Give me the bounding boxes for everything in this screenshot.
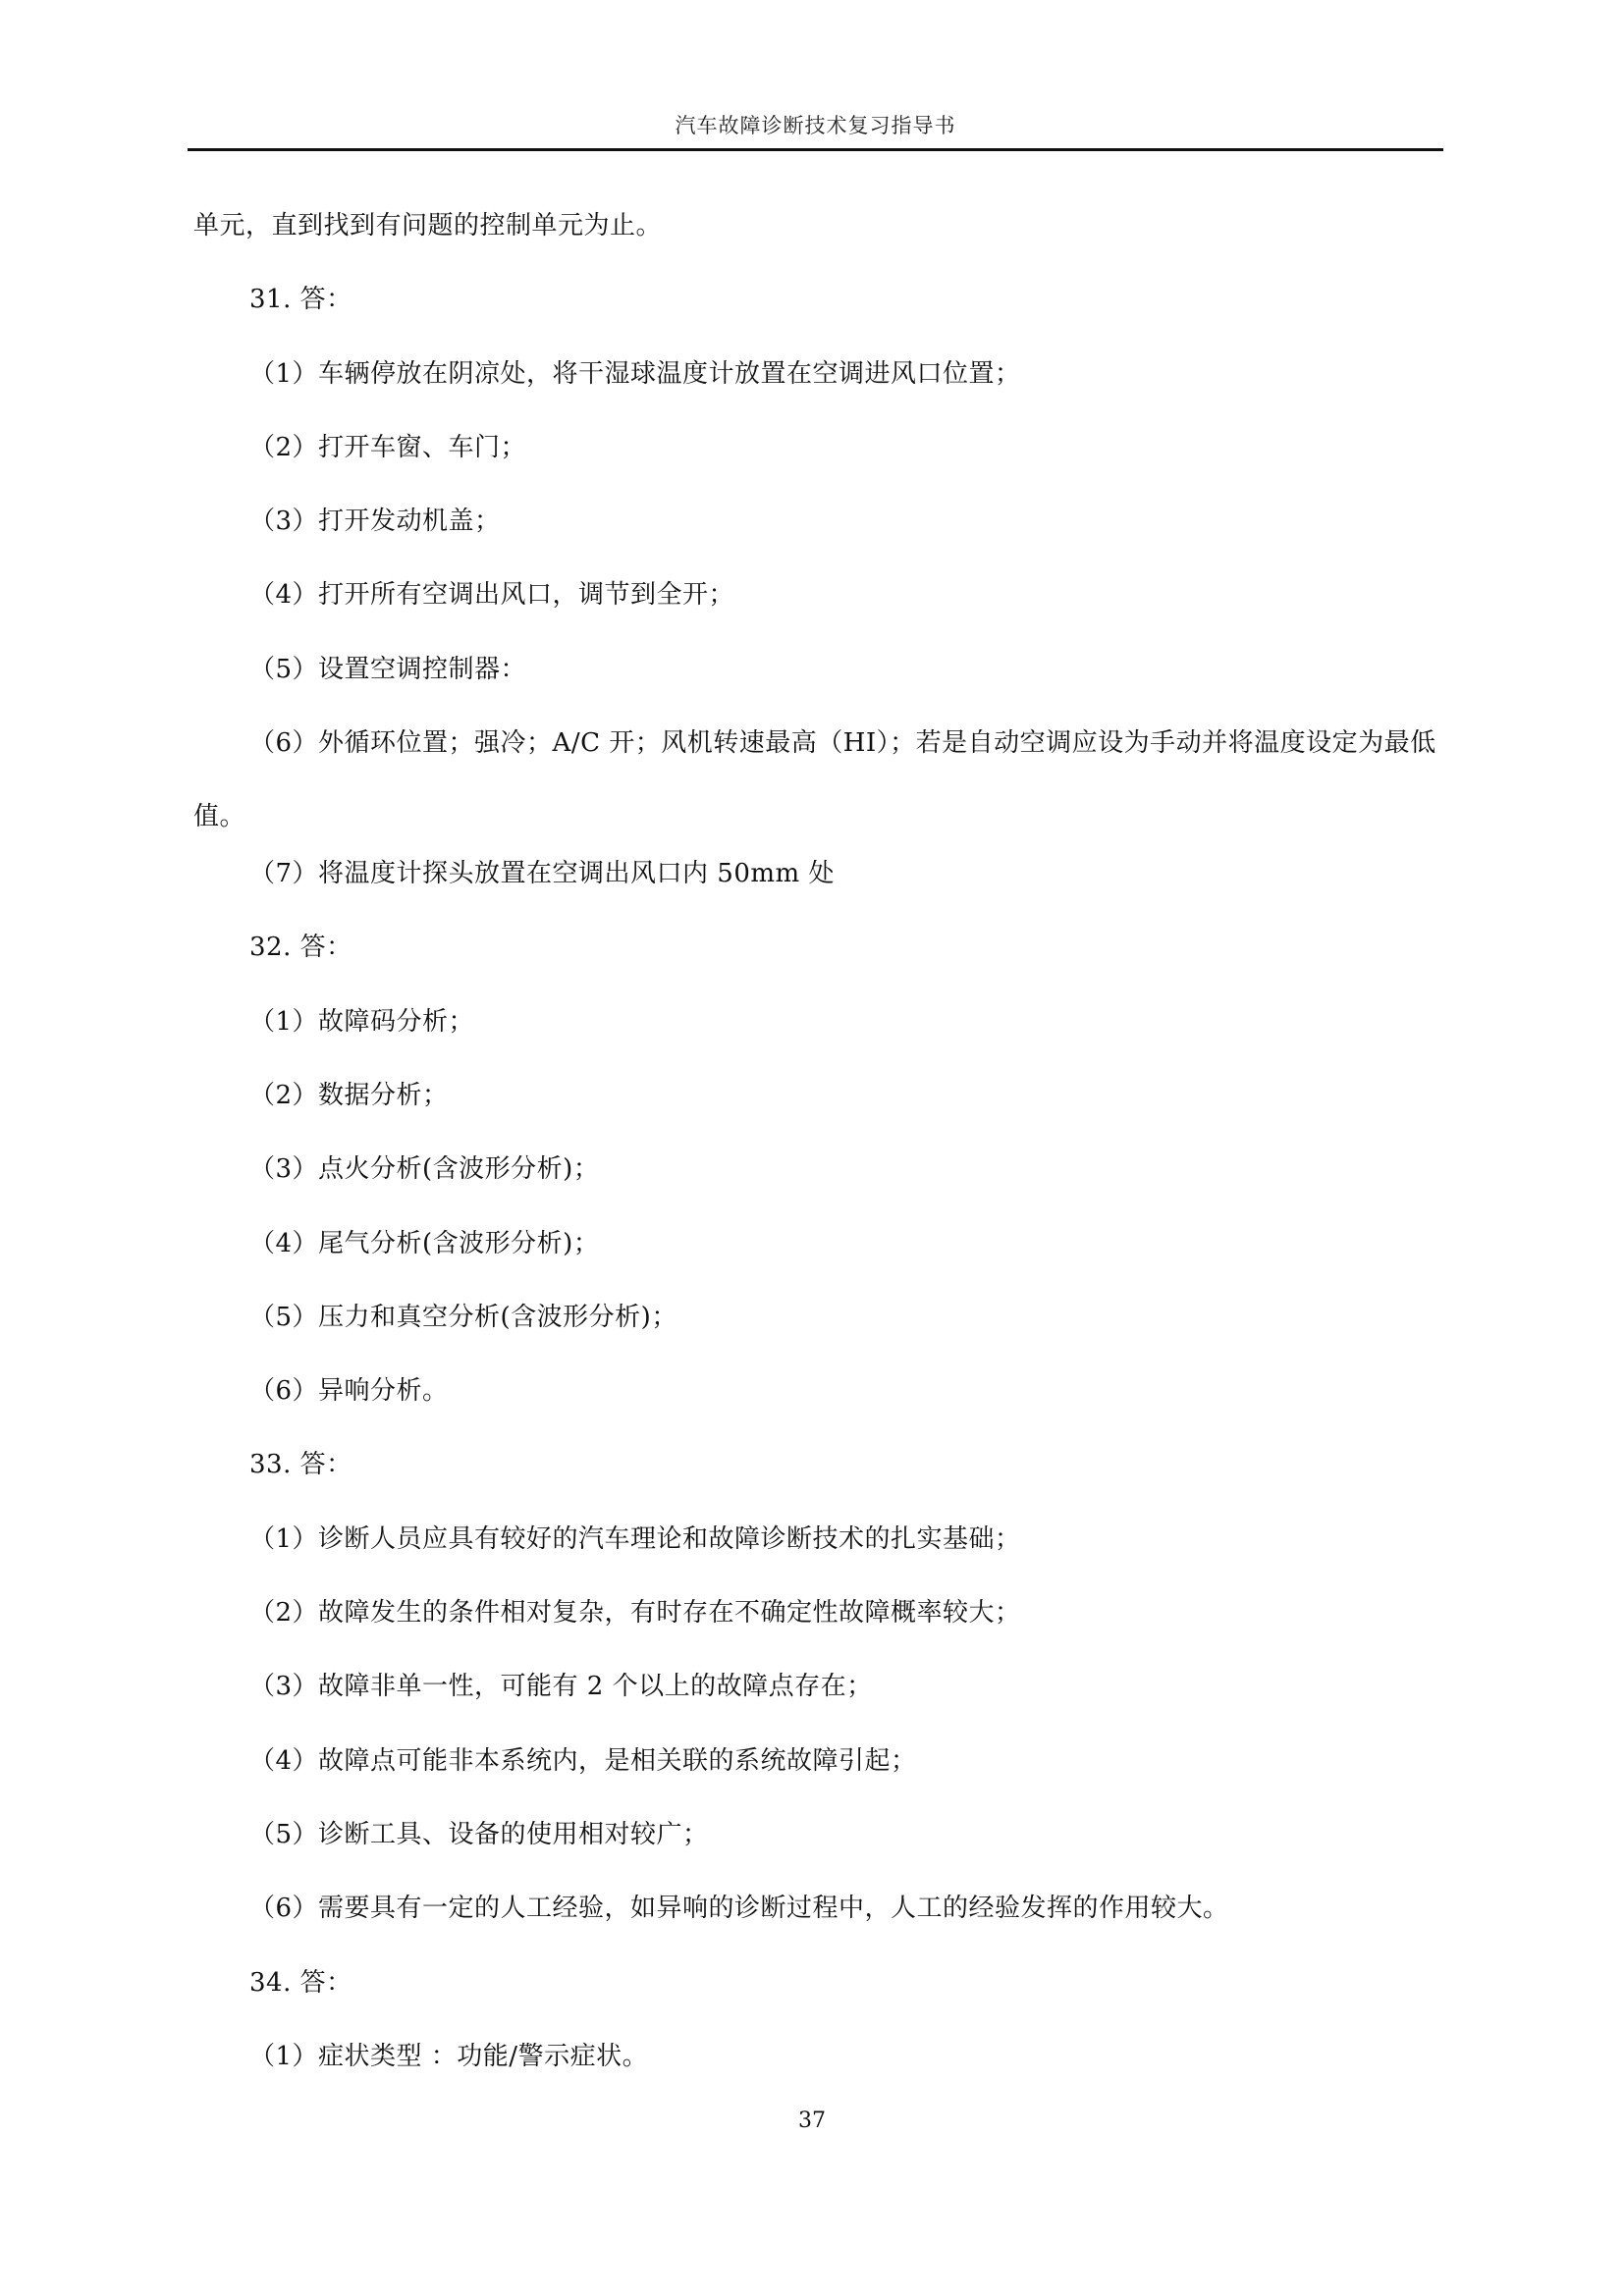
- q31-item-3: （3）打开发动机盖；: [193, 502, 1445, 541]
- q32-item-4: （4）尾气分析(含波形分析)；: [193, 1224, 1445, 1263]
- question-33-label: 33. 答：: [193, 1445, 1445, 1484]
- q33-item-2: （2）故障发生的条件相对复杂，有时存在不确定性故障概率较大；: [193, 1593, 1445, 1632]
- q31-item-6: （6）外循环位置；强冷；A/C 开；风机转速最高（HI）；若是自动空调应设为手动…: [193, 707, 1445, 854]
- q32-item-1: （1）故障码分析；: [193, 1002, 1445, 1041]
- q33-item-6: （6）需要具有一定的人工经验，如异响的诊断过程中，人工的经验发挥的作用较大。: [193, 1889, 1445, 1928]
- page-number: 37: [0, 2109, 1624, 2133]
- q33-item-1: （1）诊断人员应具有较好的汽车理论和故障诊断技术的扎实基础；: [193, 1520, 1445, 1559]
- continuation-text: 单元，直到找到有问题的控制单元为止。: [193, 206, 1445, 245]
- running-header: 汽车故障诊断技术复习指导书: [188, 110, 1443, 139]
- q33-item-5: （5）诊断工具、设备的使用相对较广；: [193, 1815, 1445, 1854]
- q32-item-3: （3）点火分析(含波形分析)；: [193, 1149, 1445, 1189]
- q31-item-7: （7）将温度计探头放置在空调出风口内 50mm 处: [193, 854, 1445, 893]
- q31-item-5: （5）设置空调控制器：: [193, 650, 1445, 689]
- q31-item-1: （1）车辆停放在阴凉处，将干湿球温度计放置在空调进风口位置；: [193, 354, 1445, 394]
- q32-item-2: （2）数据分析；: [193, 1076, 1445, 1115]
- q33-item-4: （4）故障点可能非本系统内，是相关联的系统故障引起；: [193, 1741, 1445, 1781]
- header-rule: [188, 148, 1443, 151]
- q32-item-6: （6）异响分析。: [193, 1371, 1445, 1411]
- q31-item-4: （4）打开所有空调出风口，调节到全开；: [193, 575, 1445, 614]
- q32-item-5: （5）压力和真空分析(含波形分析)；: [193, 1298, 1445, 1337]
- q33-item-3: （3）故障非单一性，可能有 2 个以上的故障点存在；: [193, 1667, 1445, 1706]
- question-31-label: 31. 答：: [193, 280, 1445, 319]
- q34-item-1: （1）症状类型 ：功能/警示症状。: [193, 2037, 1445, 2076]
- q31-item-2: （2）打开车窗、车门；: [193, 428, 1445, 467]
- page-body: 单元，直到找到有问题的控制单元为止。 31. 答： （1）车辆停放在阴凉处，将干…: [193, 206, 1445, 2110]
- question-34-label: 34. 答：: [193, 1963, 1445, 2002]
- question-32-label: 32. 答：: [193, 928, 1445, 967]
